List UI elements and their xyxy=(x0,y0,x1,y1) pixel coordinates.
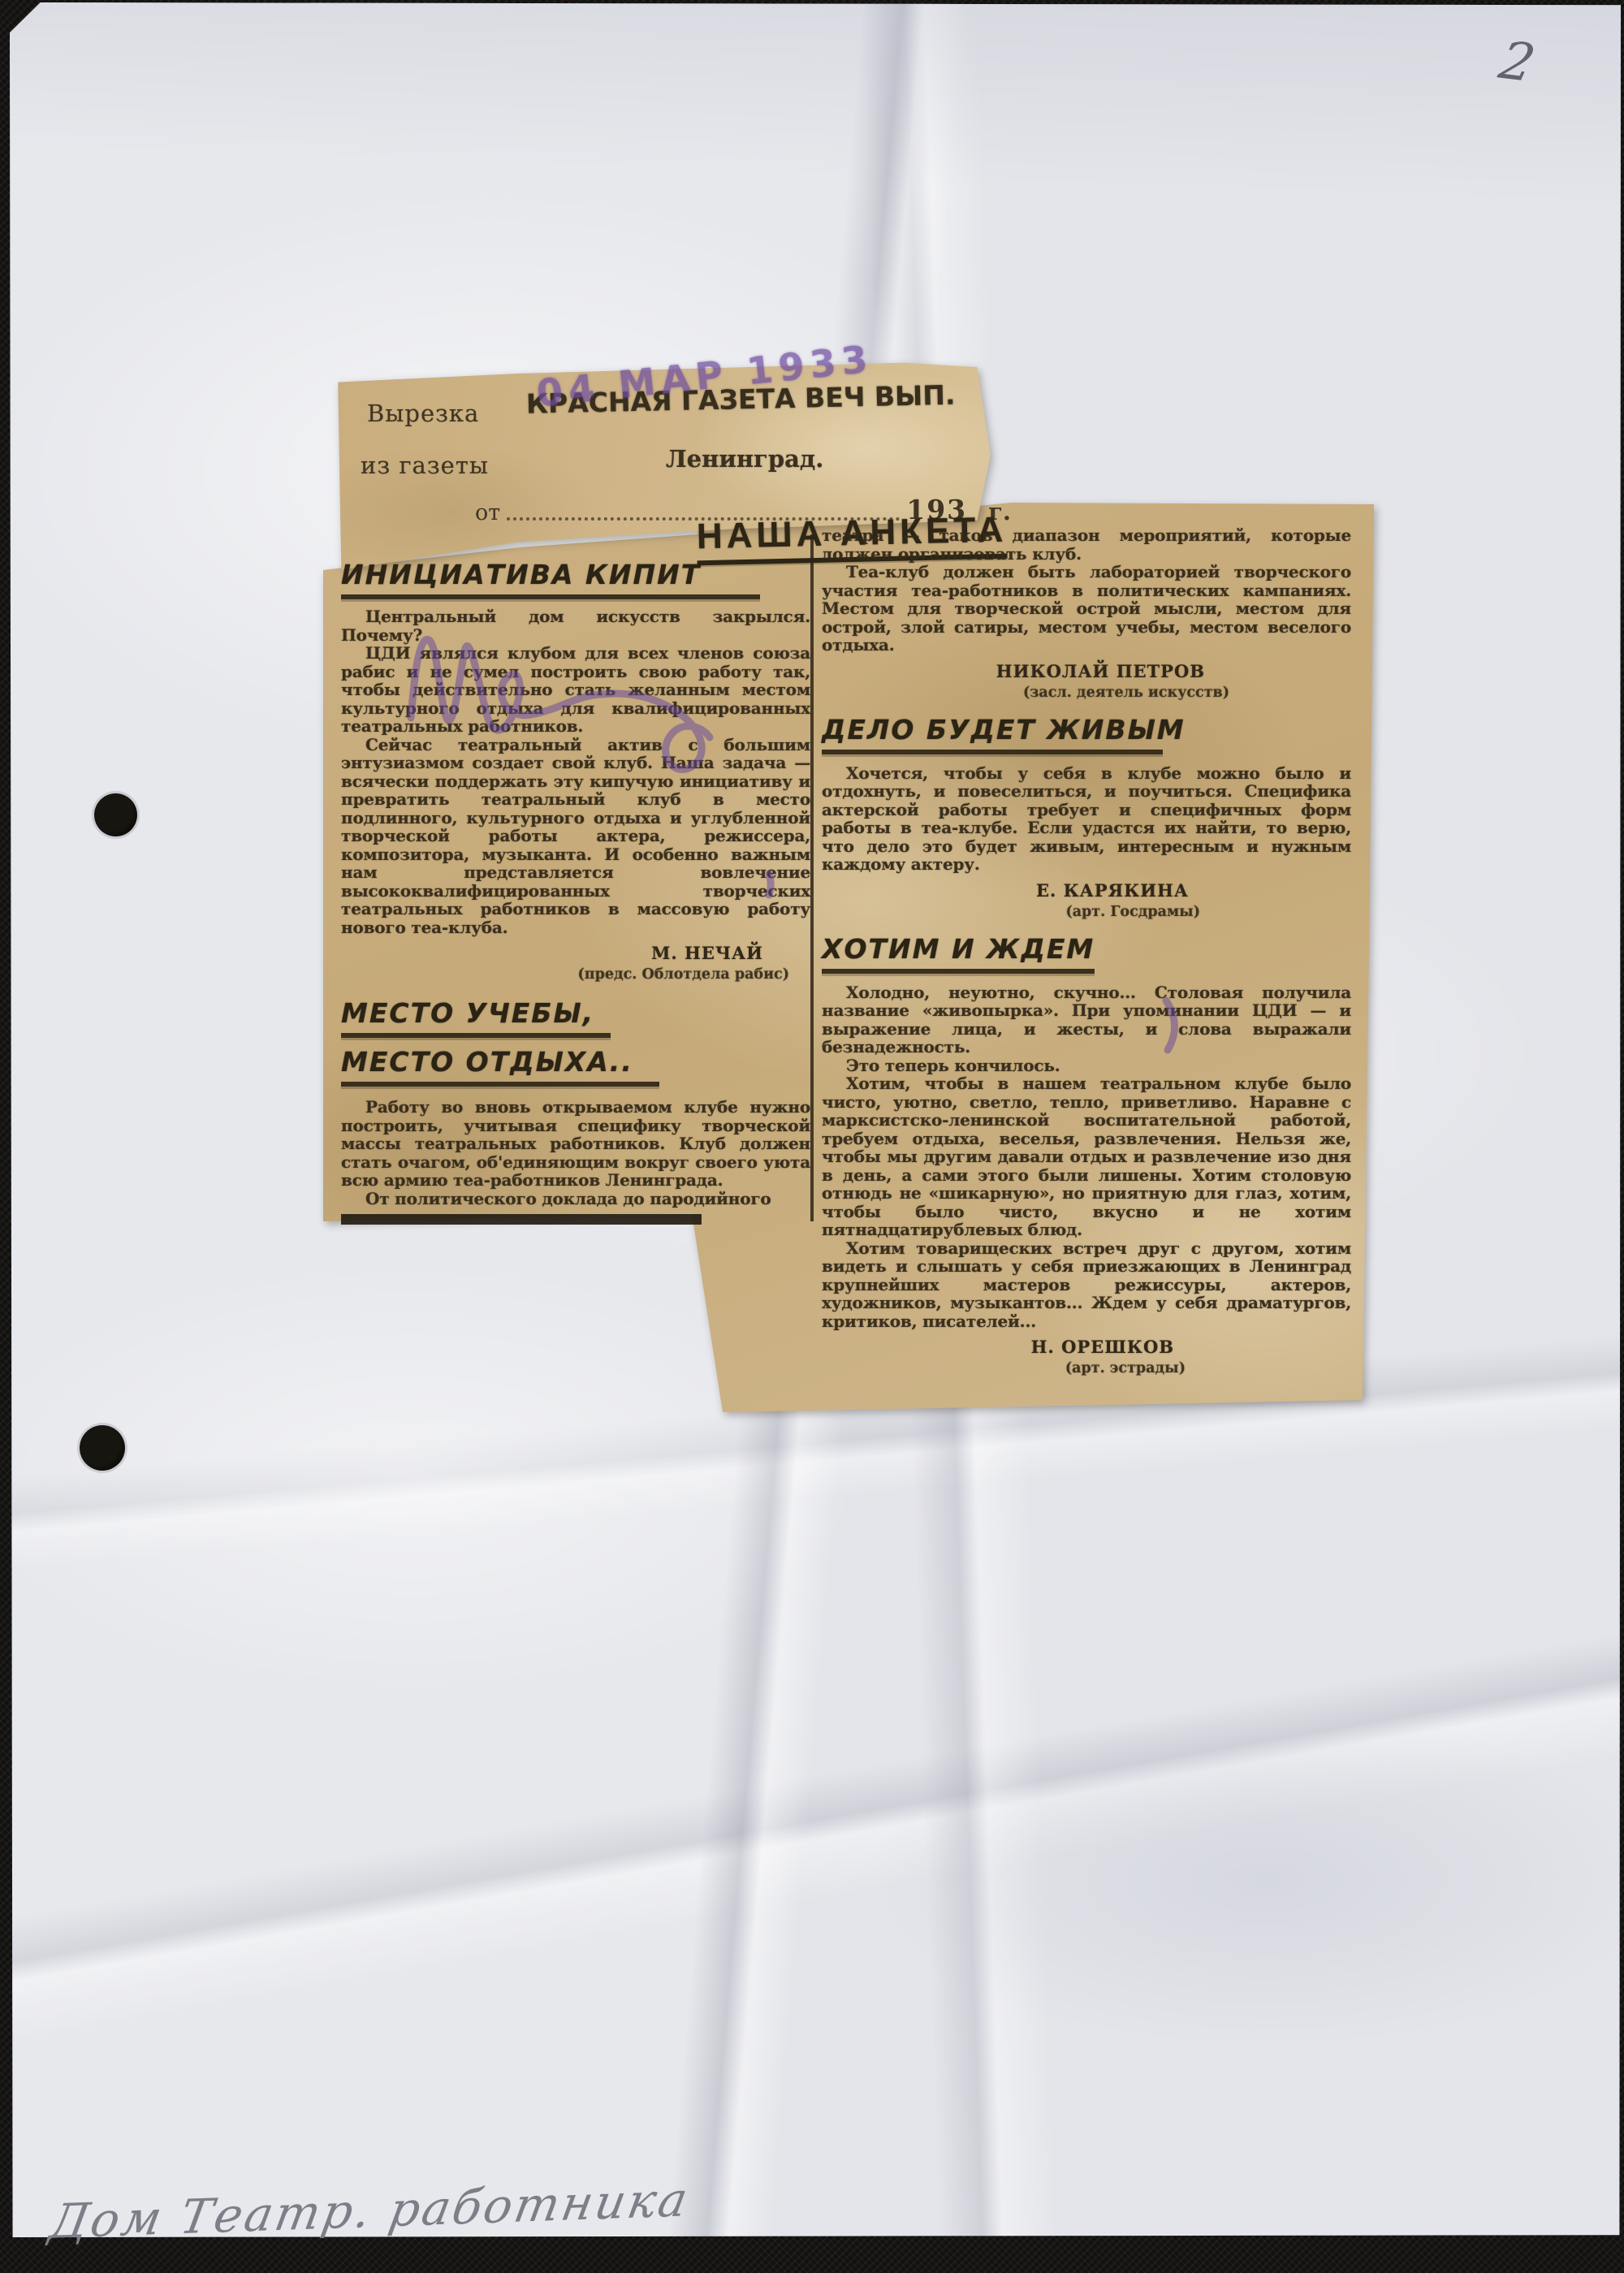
article-5-signature: Н. ОРЕШКОВ xyxy=(822,1337,1351,1357)
article-2-title-rule2 xyxy=(341,1082,659,1087)
article-2-paragraph: От политического доклада до пародийного xyxy=(341,1190,810,1208)
article-4-paragraph: Хочется, чтобы у себя в клубе можно было… xyxy=(822,764,1351,874)
column-divider xyxy=(810,534,814,1221)
hole-punch-top xyxy=(94,793,137,836)
article-2-title-line1: МЕСТО УЧЕБЫ, xyxy=(341,997,810,1029)
article-4-title: ДЕЛО БУДЕТ ЖИВЫМ xyxy=(822,714,1351,745)
article-3-paragraph: театра — таков диапазон мероприятий, кот… xyxy=(822,526,1351,563)
left-column: ИНИЦИАТИВА КИПИТ Центральный дом искусст… xyxy=(341,559,810,1225)
article-1-signature-role: (предс. Облотдела рабис) xyxy=(341,966,810,983)
article-1-title: ИНИЦИАТИВА КИПИТ xyxy=(341,559,810,590)
article-5-paragraph: Холодно, неуютно, скучно... Столовая пол… xyxy=(822,983,1351,1057)
newspaper-city: Ленинград. xyxy=(666,445,823,473)
article-4-signature-role: (арт. Госдрамы) xyxy=(822,904,1351,920)
article-5-paragraph: Хотим, чтобы в нашем театральном клубе б… xyxy=(822,1074,1351,1239)
article-3-signature: НИКОЛАЙ ПЕТРОВ xyxy=(822,661,1351,681)
left-column-end-rule xyxy=(341,1214,702,1225)
article-4-signature: Е. КАРЯКИНА xyxy=(822,880,1351,901)
right-column: театра — таков диапазон мероприятий, кот… xyxy=(822,526,1351,1376)
article-3-paragraph: Теа-клуб должен быть лабораторией творче… xyxy=(822,563,1351,655)
article-4-title-rule xyxy=(822,750,1163,754)
article-5-paragraph: Это теперь кончилось. xyxy=(822,1057,1351,1075)
article-1-title-rule xyxy=(341,594,760,599)
article-1-paragraph: Сейчас театральный актив с большим энтуз… xyxy=(341,736,810,937)
date-prefix: от xyxy=(475,500,500,525)
article-2-paragraph: Работу во вновь открываемом клубе нужно … xyxy=(341,1098,810,1190)
article-3-signature-role: (засл. деятель искусств) xyxy=(822,685,1351,701)
article-2-title-rule1 xyxy=(341,1033,611,1038)
article-1-paragraph: ЦДИ являлся клубом для всех членов союза… xyxy=(341,644,810,736)
article-5-paragraph: Хотим товарищеских встреч друг с другом,… xyxy=(822,1239,1351,1331)
article-5-signature-role: (арт. эстрады) xyxy=(822,1360,1351,1376)
source-label-line2: из газеты xyxy=(361,452,489,479)
article-5-title: ХОТИМ И ЖДЕМ xyxy=(822,933,1351,965)
hole-punch-bottom xyxy=(80,1425,125,1471)
source-label-line1: Вырезка xyxy=(367,400,479,427)
article-1-paragraph: Центральный дом искусств закрылся. Почем… xyxy=(341,607,810,644)
article-5-title-rule xyxy=(822,969,1095,974)
article-2-title-line2: МЕСТО ОТДЫХА.. xyxy=(341,1046,810,1078)
article-1-signature: М. НЕЧАЙ xyxy=(341,943,810,963)
